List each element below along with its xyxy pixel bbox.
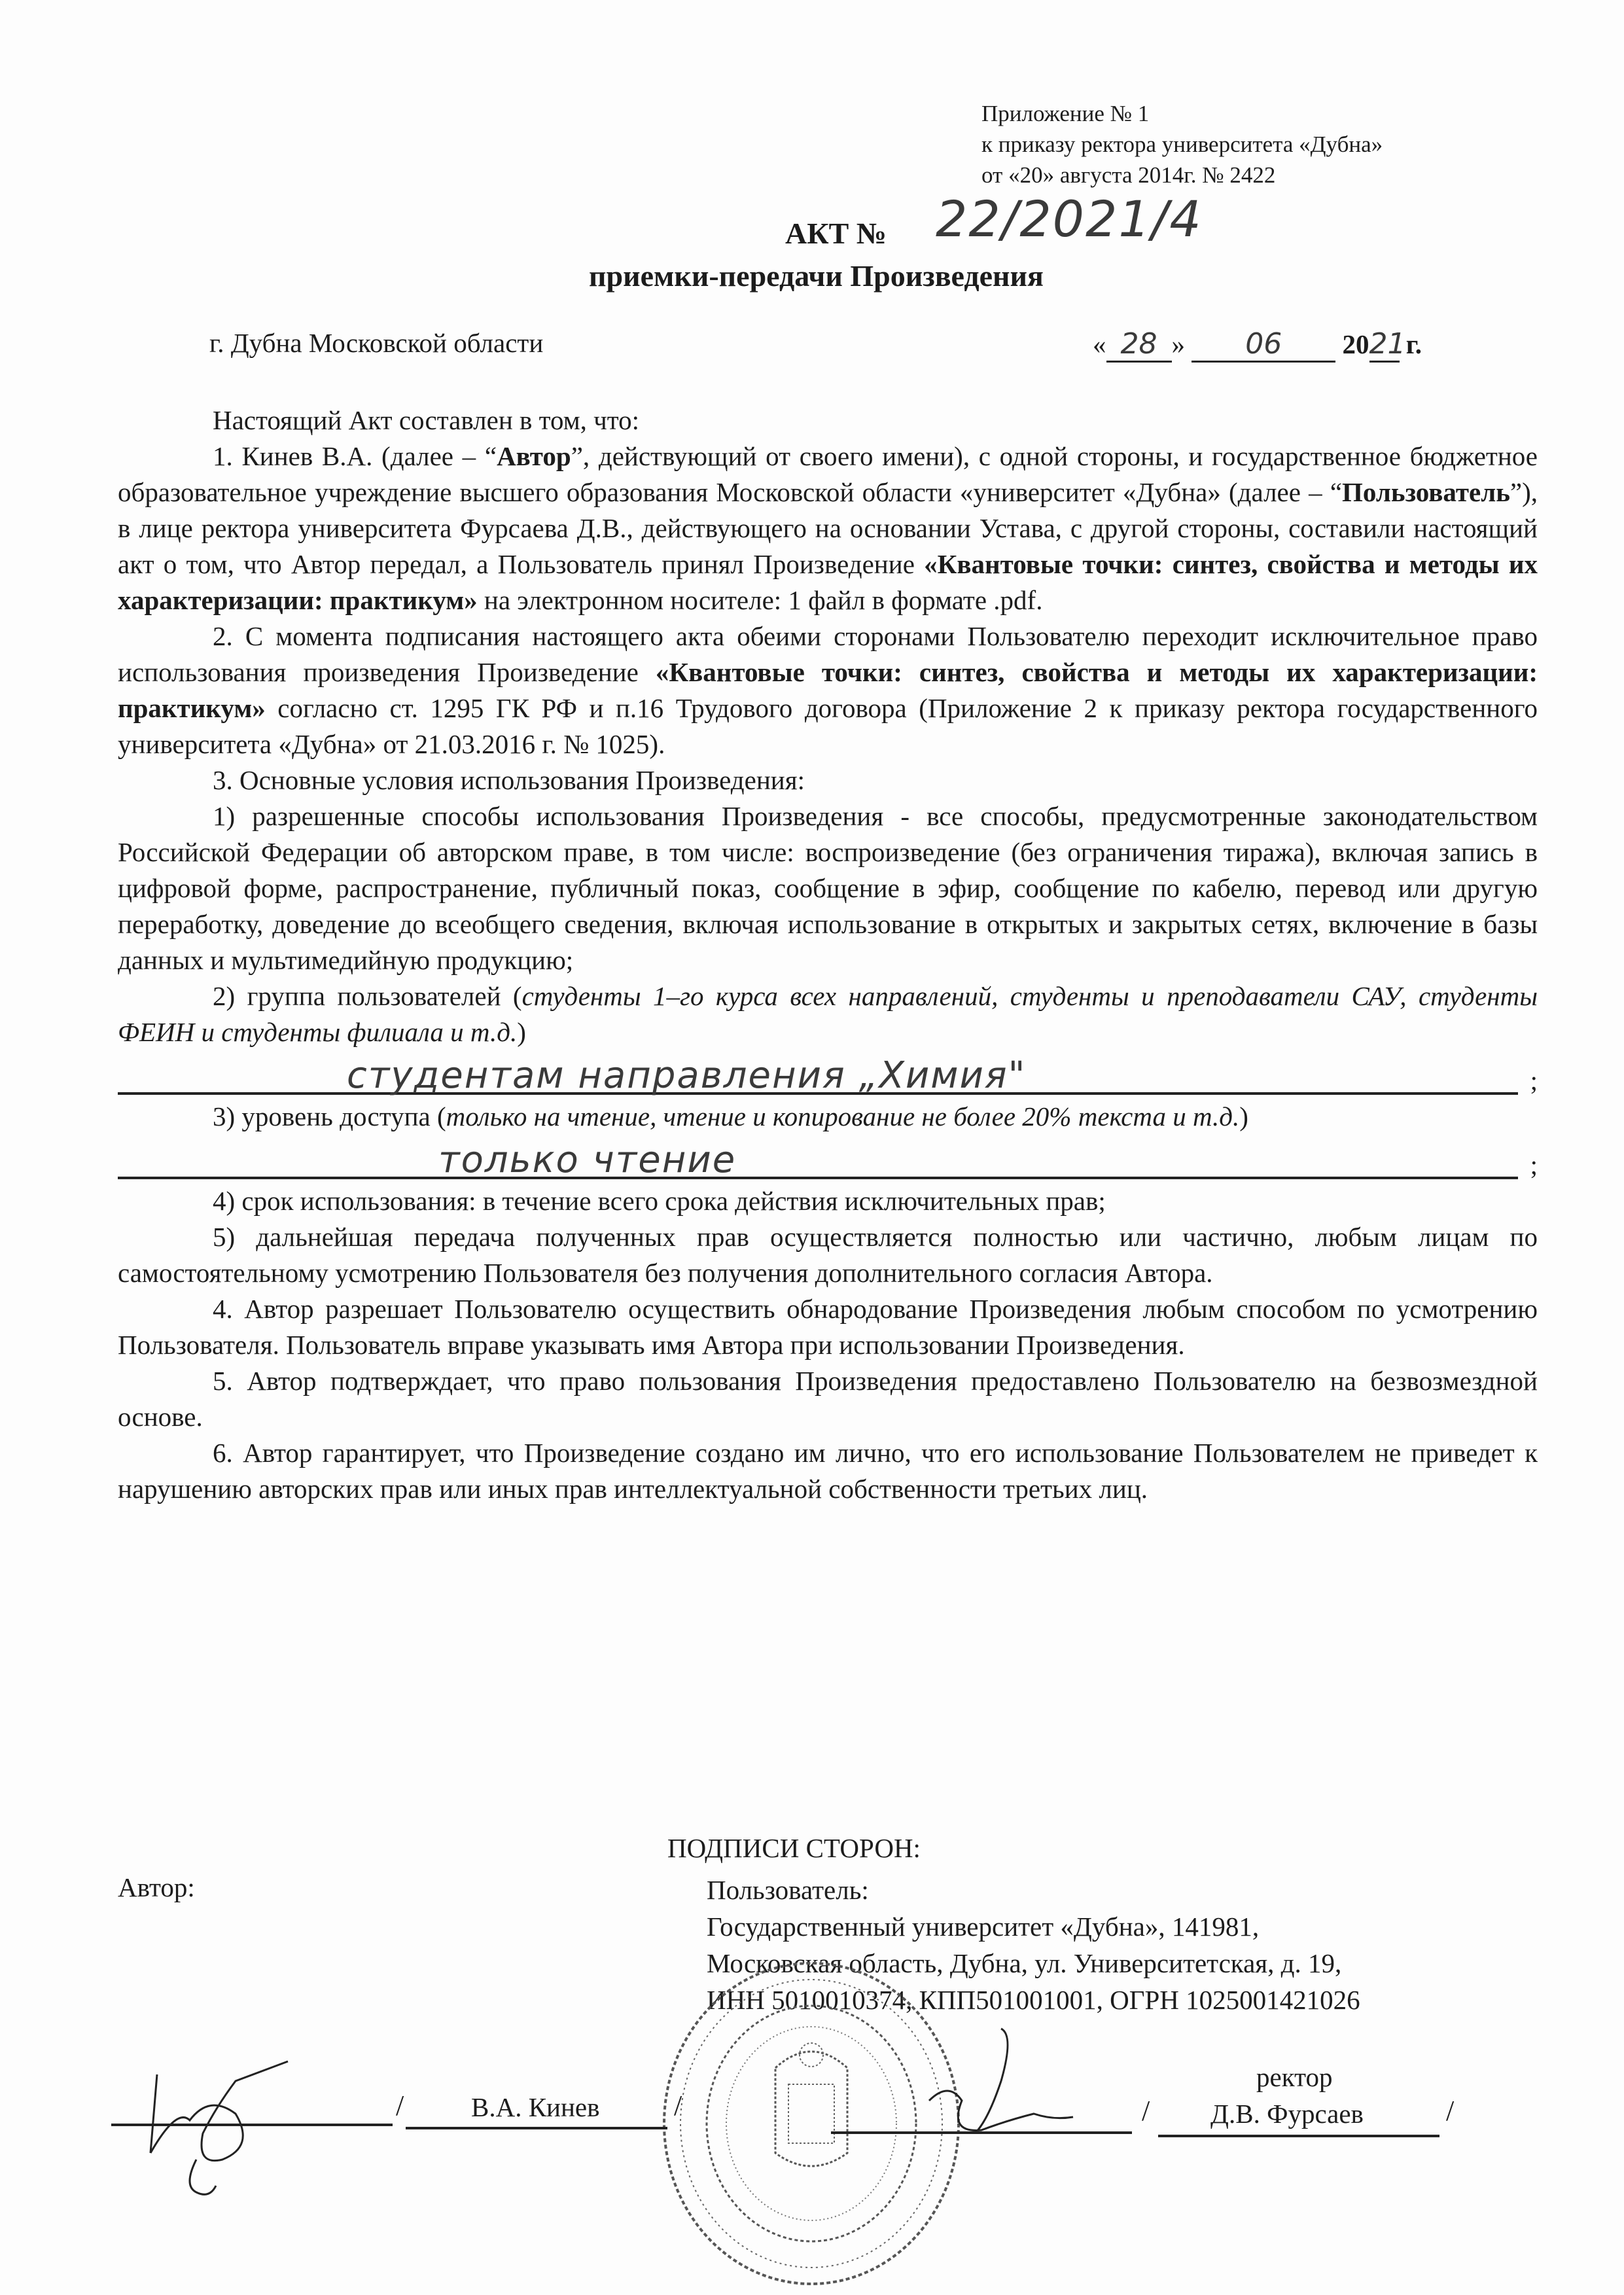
user-line-1: Государственный университет «Дубна», 141… bbox=[707, 1908, 1360, 1945]
clause-1: 1. Кинев В.А. (далее – “Автор”, действую… bbox=[118, 438, 1538, 618]
rector-title: ректор bbox=[1256, 2061, 1332, 2093]
author-signature-icon bbox=[137, 2055, 308, 2205]
clause-1-d: на электронном носителе: 1 файл в формат… bbox=[478, 585, 1043, 615]
slash: / bbox=[1142, 2094, 1150, 2127]
clause-2: 2. С момента подписания настоящего акта … bbox=[118, 618, 1538, 762]
clause-5: 5. Автор подтверждает, что право пользов… bbox=[118, 1363, 1538, 1435]
act-number-handwritten: 22/2021/4 bbox=[936, 190, 1203, 248]
clause-3-4: 4) срок использования: в течение всего с… bbox=[118, 1183, 1538, 1219]
date: «28» 06 2021 г. bbox=[1093, 327, 1422, 363]
slash: / bbox=[1446, 2094, 1454, 2127]
annex-line-3: от «20» августа 2014г. № 2422 bbox=[981, 160, 1383, 190]
clause-3-3-b: ) bbox=[1239, 1101, 1248, 1131]
rector-name: Д.В. Фурсаев bbox=[1210, 2098, 1364, 2129]
user-group-handwritten: студентам направления „Химия" bbox=[347, 1058, 1026, 1094]
clause-3-3-hint: только на чтение, чтение и копирование н… bbox=[446, 1101, 1240, 1131]
date-year-suffix: 21 bbox=[1369, 327, 1400, 363]
document-page: Приложение № 1 к приказу ректора универс… bbox=[0, 0, 1624, 2295]
author-signature-line bbox=[111, 2124, 393, 2126]
user-term: Пользователь bbox=[1342, 477, 1510, 507]
fill-semicolon: ; bbox=[1530, 1147, 1538, 1183]
clause-3-2-a: 2) группа пользователей ( bbox=[213, 981, 522, 1011]
clause-3-3: 3) уровень доступа (только на чтение, чт… bbox=[118, 1099, 1538, 1135]
clause-2-b: согласно ст. 1295 ГК РФ и п.16 Трудового… bbox=[118, 693, 1538, 759]
rector-name-line bbox=[1158, 2135, 1439, 2137]
act-subtitle: приемки-передачи Произведения bbox=[589, 258, 1044, 293]
rector-signature-line bbox=[831, 2131, 1132, 2134]
fill-semicolon: ; bbox=[1530, 1063, 1538, 1099]
annex-line-2: к приказу ректора университета «Дубна» bbox=[981, 129, 1383, 160]
fill-line bbox=[118, 1177, 1518, 1179]
user-label: Пользователь: bbox=[707, 1872, 1360, 1908]
author-label: Автор: bbox=[118, 1872, 195, 1903]
clause-6: 6. Автор гарантирует, что Произведение с… bbox=[118, 1435, 1538, 1507]
author-name-line bbox=[406, 2127, 667, 2129]
clause-3-1: 1) разрешенные способы использования Про… bbox=[118, 798, 1538, 978]
date-day: 28 bbox=[1106, 327, 1172, 363]
annex-line-1: Приложение № 1 bbox=[981, 98, 1383, 129]
access-level-handwritten: только чтение bbox=[438, 1142, 736, 1178]
date-month: 06 bbox=[1192, 327, 1335, 363]
date-year-unit: г. bbox=[1406, 329, 1422, 359]
act-body: Настоящий Акт составлен в том, что: 1. К… bbox=[118, 402, 1538, 1507]
access-level-fill: только чтение ; bbox=[118, 1137, 1538, 1183]
author-name: В.А. Кинев bbox=[471, 2091, 600, 2123]
clause-3-2: 2) группа пользователей (студенты 1–го к… bbox=[118, 978, 1538, 1050]
clause-4: 4. Автор разрешает Пользователю осуществ… bbox=[118, 1291, 1538, 1363]
date-year-prefix: 20 bbox=[1343, 329, 1369, 359]
act-title: АКТ № bbox=[785, 216, 887, 251]
annex-header: Приложение № 1 к приказу ректора универс… bbox=[981, 98, 1383, 190]
clause-3-5: 5) дальнейшая передача полученных прав о… bbox=[118, 1219, 1538, 1291]
clause-3-2-b: ) bbox=[517, 1017, 526, 1047]
place: г. Дубна Московской области bbox=[209, 327, 543, 359]
signatures-heading: ПОДПИСИ СТОРОН: bbox=[667, 1832, 921, 1864]
slash: / bbox=[674, 2089, 682, 2122]
rector-signature-icon bbox=[903, 2022, 1099, 2146]
clause-1-a: 1. Кинев В.А. (далее – “ bbox=[213, 441, 497, 471]
slash: / bbox=[396, 2089, 404, 2122]
user-group-fill: студентам направления „Химия" ; bbox=[118, 1053, 1538, 1099]
author-term: Автор bbox=[497, 441, 571, 471]
intro: Настоящий Акт составлен в том, что: bbox=[118, 402, 1538, 438]
clause-3-3-a: 3) уровень доступа ( bbox=[213, 1101, 446, 1131]
clause-3: 3. Основные условия использования Произв… bbox=[118, 762, 1538, 798]
